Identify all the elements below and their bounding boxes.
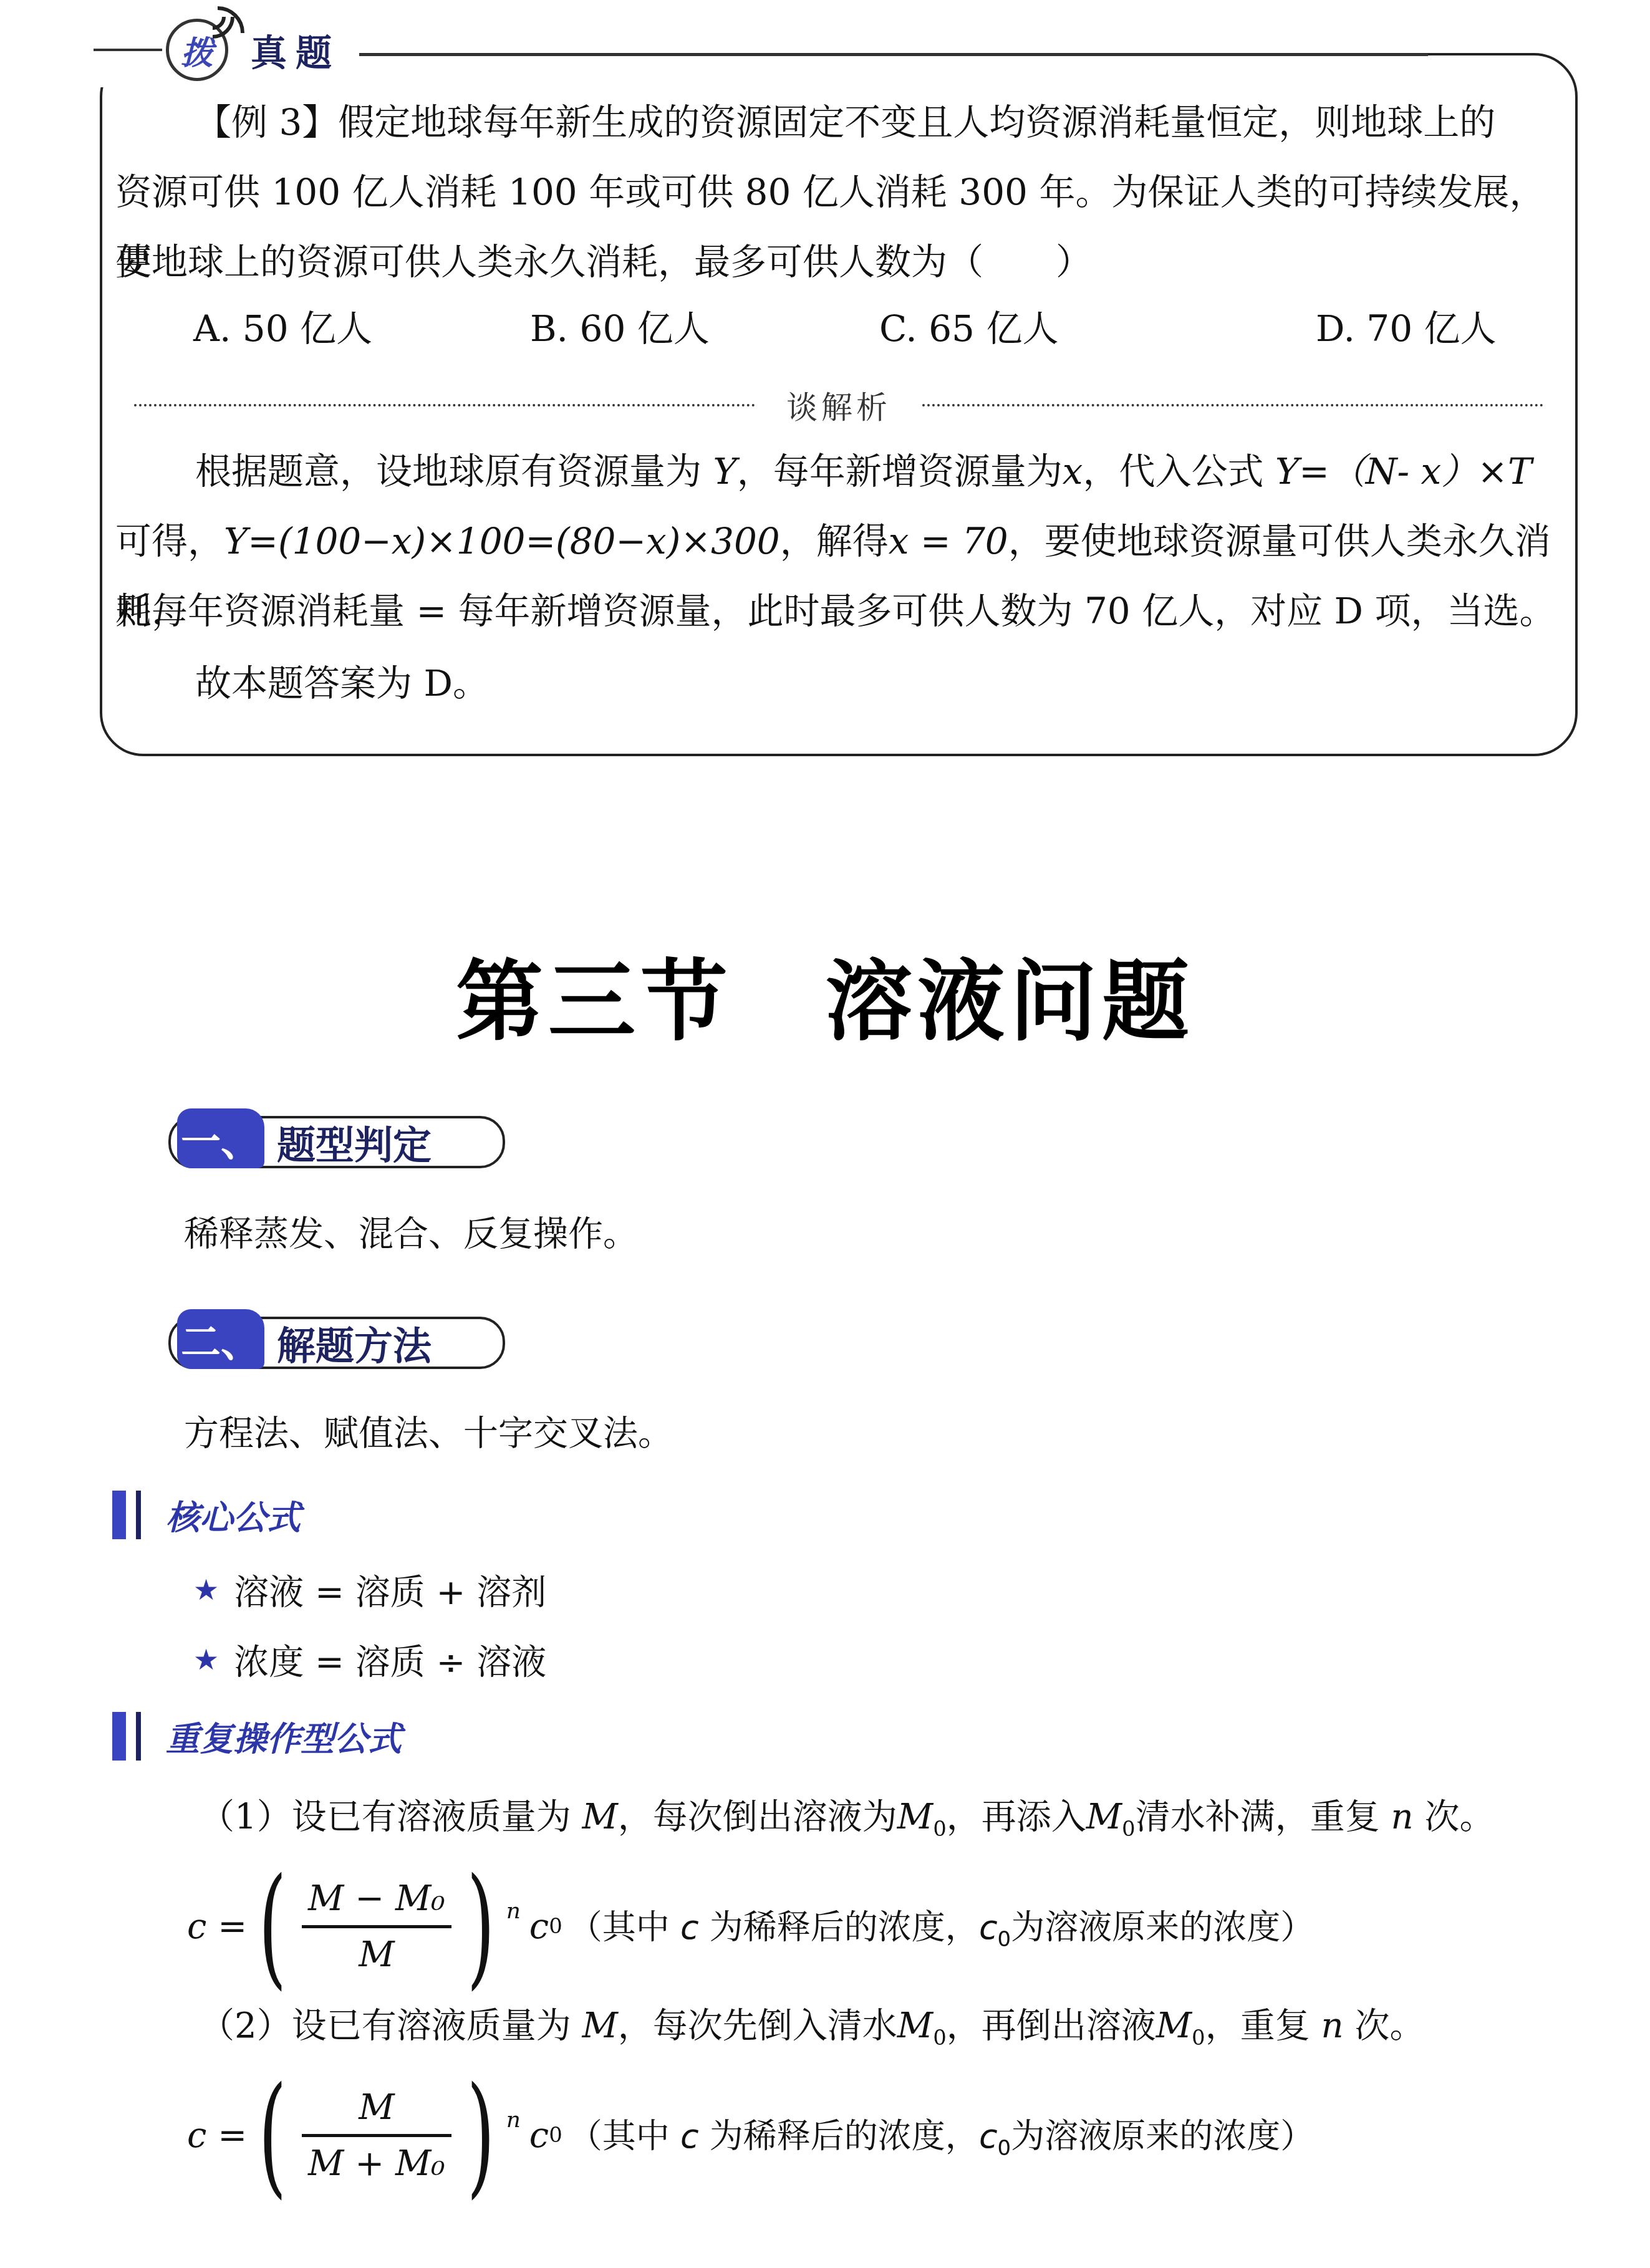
solution-inline: x = 70 <box>889 520 1008 562</box>
option-d[interactable]: D. 70 亿人 <box>1316 299 1497 352</box>
question-line-1: 【例 3】假定地球每年新生成的资源固定不变且人均资源消耗量恒定，则地球上的 <box>115 87 1562 157</box>
heading-solution-method: 二、 解题方法 <box>168 1317 505 1369</box>
header-dash <box>94 49 162 51</box>
formula-text: 溶液 = 溶质 + 溶剂 <box>234 1565 546 1615</box>
left-paren: ( <box>259 2070 287 2201</box>
fraction-bar <box>302 2134 451 2137</box>
analysis-text: ，解得 <box>780 520 889 562</box>
var-n: n <box>1391 1797 1414 1837</box>
heading-text: 题型判定 <box>277 1115 432 1170</box>
var-c0: c <box>529 1906 549 1947</box>
exponent: n <box>506 1898 521 1924</box>
text: 清水补满，重复 <box>1136 1797 1391 1837</box>
heading-text: 解题方法 <box>277 1315 432 1371</box>
case-2-formula: c = ( M M + M₀ ) n c0 （其中 c 为稀释后的浓度，c0为溶… <box>187 2070 1314 2201</box>
analysis-line-3: 则每年资源消耗量 = 每年新增资源量，此时最多可供人数为 70 亿人，对应 D … <box>115 576 1562 646</box>
analysis-separator: 谈解析 <box>134 380 1543 430</box>
text: ，每次倒出溶液为 <box>618 1797 897 1837</box>
option-a[interactable]: A. 50 亿人 <box>193 299 530 352</box>
var-c0: c <box>529 2115 549 2156</box>
text: （其中 <box>569 2117 680 2156</box>
equation-inline: Y=(100−x)×100=(80−x)×300 <box>224 520 780 562</box>
denominator: M <box>352 1934 400 1975</box>
heading-text: 重复操作型公式 <box>166 1713 402 1761</box>
dotted-rule <box>134 404 755 406</box>
core-formula-item: ★ 浓度 = 溶质 ÷ 溶液 <box>193 1635 546 1684</box>
text: 为稀释后的浓度， <box>699 1908 979 1947</box>
case-1-formula: c = ( M − M₀ M ) n c0 （其中 c 为稀释后的浓度，c0为溶… <box>187 1861 1314 1992</box>
option-c[interactable]: C. 65 亿人 <box>879 299 1316 352</box>
exponent: n <box>506 2107 521 2133</box>
repeat-formula-heading: 重复操作型公式 <box>112 1711 402 1761</box>
heading-question-type: 一、 题型判定 <box>168 1116 505 1168</box>
var-n: n <box>1321 2006 1344 2046</box>
star-icon: ★ <box>193 1573 219 1607</box>
right-paren: ) <box>466 2070 495 2201</box>
question-type-content: 稀释蒸发、混合、反复操作。 <box>184 1206 638 1256</box>
formula-lhs: c = <box>187 1906 247 1947</box>
text: ，每次先倒入清水 <box>618 2006 897 2046</box>
exam-box-title: 真题 <box>251 24 340 76</box>
fraction: M M + M₀ <box>302 2087 451 2184</box>
text: （1）设已有溶液质量为 <box>200 1797 582 1837</box>
formula-note: （其中 c 为稀释后的浓度，c0为溶液原来的浓度） <box>569 2110 1314 2161</box>
fraction: M − M₀ M <box>302 1878 451 1975</box>
answer-options: A. 50 亿人 B. 60 亿人 C. 65 亿人 D. 70 亿人 <box>193 299 1503 352</box>
heading-number-badge: 二、 <box>177 1309 264 1369</box>
text: （2）设已有溶液质量为 <box>200 2006 582 2046</box>
var-m0: M <box>897 2006 933 2046</box>
formula-lhs: c = <box>187 2115 247 2156</box>
var-m0: M <box>1086 1797 1122 1837</box>
exam-box-header: 拨 真题 <box>94 12 359 87</box>
text: ，再添入 <box>947 1797 1086 1837</box>
header-rule <box>355 54 1428 56</box>
formula-inline: Y=（N- x）×T <box>1275 450 1532 493</box>
var-m: M <box>582 2006 617 2046</box>
numerator: M <box>352 2087 400 2128</box>
section-title: 第三节 溶液问题 <box>0 932 1650 1057</box>
var-m0: M <box>1156 2006 1192 2046</box>
question-line-3: 使地球上的资源可供人类永久消耗，最多可供人数为（ ） <box>115 227 1562 297</box>
text: 为溶液原来的浓度） <box>1011 1908 1314 1947</box>
question-label: 【例 3】 <box>195 101 338 143</box>
formula-note: （其中 c 为稀释后的浓度，c0为溶液原来的浓度） <box>569 1901 1314 1952</box>
formula-text: 浓度 = 溶质 ÷ 溶液 <box>234 1635 546 1684</box>
var-c0: c <box>979 1908 998 1947</box>
analysis-conclusion: 故本题答案为 D。 <box>115 648 1562 718</box>
text: 为溶液原来的浓度） <box>1011 2117 1314 2156</box>
var-m: M <box>582 1797 617 1837</box>
var-m0: M <box>897 1797 933 1837</box>
var-c: c <box>680 1908 699 1947</box>
denominator: M + M₀ <box>302 2143 451 2184</box>
signal-waves-icon <box>209 3 246 41</box>
var-x: x <box>1063 450 1083 493</box>
text: ，重复 <box>1205 2006 1321 2046</box>
analysis-label: 谈解析 <box>755 383 922 428</box>
text: 为稀释后的浓度， <box>699 2117 979 2156</box>
signal-logo-icon: 拨 <box>166 19 228 81</box>
numerator: M − M₀ <box>302 1878 451 1919</box>
analysis-text: ，每年新增资源量为 <box>737 450 1063 493</box>
var-c: c <box>680 2117 699 2156</box>
var-c0: c <box>979 2117 998 2156</box>
question-text: 假定地球每年新生成的资源固定不变且人均资源消耗量恒定，则地球上的 <box>338 101 1495 143</box>
heading-bar-icon <box>112 1712 126 1761</box>
core-formula-item: ★ 溶液 = 溶质 + 溶剂 <box>193 1565 546 1615</box>
case-1-description: （1）设已有溶液质量为 M，每次倒出溶液为M0，再添入M0清水补满，重复 n 次… <box>200 1789 1494 1842</box>
analysis-text: 可得， <box>115 520 224 562</box>
heading-bar-icon <box>136 1712 141 1761</box>
star-icon: ★ <box>193 1643 219 1676</box>
analysis-text: 根据题意，设地球原有资源量为 <box>195 450 713 493</box>
text: （其中 <box>569 1908 680 1947</box>
text: 次。 <box>1344 2006 1425 2046</box>
case-2-description: （2）设已有溶液质量为 M，每次先倒入清水M0，再倒出溶液M0，重复 n 次。 <box>200 1998 1424 2050</box>
right-paren: ) <box>466 1861 495 1992</box>
heading-text: 核心公式 <box>166 1491 301 1539</box>
heading-number-badge: 一、 <box>177 1108 264 1168</box>
analysis-line-1: 根据题意，设地球原有资源量为 Y，每年新增资源量为x，代入公式 Y=（N- x）… <box>115 436 1562 506</box>
heading-bar-icon <box>112 1491 126 1539</box>
solution-method-content: 方程法、赋值法、十字交叉法。 <box>184 1406 673 1456</box>
option-b[interactable]: B. 60 亿人 <box>530 299 879 352</box>
text: 次。 <box>1414 1797 1495 1837</box>
left-paren: ( <box>259 1861 287 1992</box>
dotted-rule <box>922 404 1543 406</box>
heading-bar-icon <box>136 1491 141 1539</box>
text: ，再倒出溶液 <box>947 2006 1156 2046</box>
fraction-bar <box>302 1925 451 1928</box>
core-formula-heading: 核心公式 <box>112 1490 301 1540</box>
analysis-text: ，代入公式 <box>1083 450 1275 493</box>
var-y: Y <box>713 450 736 493</box>
